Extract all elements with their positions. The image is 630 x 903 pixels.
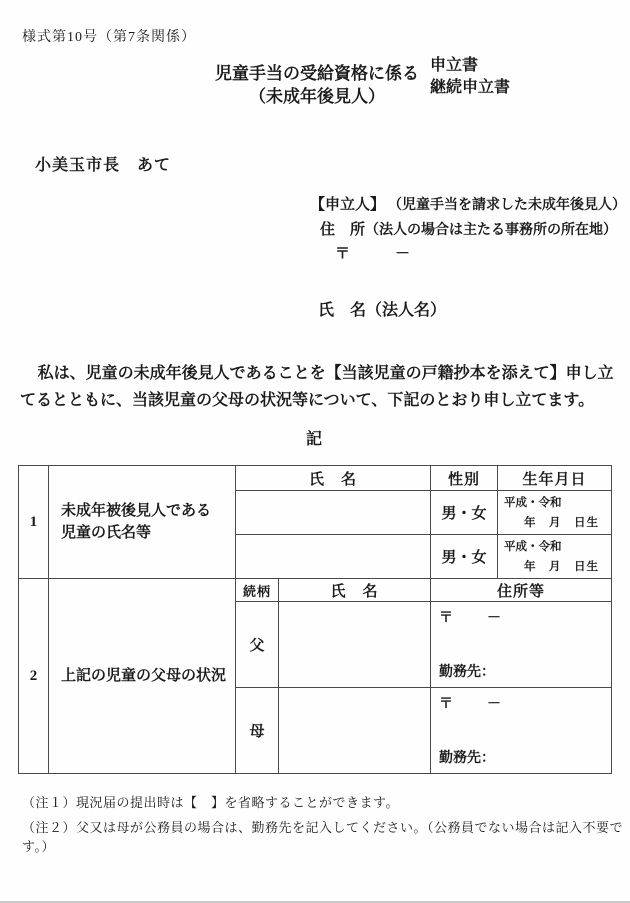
- father-address-cell: 〒 － 勤務先：: [431, 602, 612, 688]
- applicant-label: 【申立人】: [310, 197, 385, 213]
- form-number: 様式第10号（第7条関係）: [22, 26, 196, 46]
- section1-header-row: 1 未成年被後見人である 児童の氏名等 氏 名 性別 生年月日: [19, 466, 612, 491]
- section1-label: 未成年被後見人である 児童の氏名等: [49, 466, 236, 579]
- applicant-address-label: 住 所: [320, 222, 365, 238]
- addressee: 小美玉市長 あて: [35, 152, 171, 175]
- child1-sex-cell: 男・女: [431, 491, 498, 535]
- section1-number: 1: [19, 466, 49, 579]
- child1-name-cell: [236, 491, 431, 535]
- ki-heading: 記: [0, 426, 630, 449]
- birthdate-header: 生年月日: [498, 466, 612, 491]
- declaration-line2: てるとともに、当該児童の父母の状況等について、下記のとおり申し立てます。: [20, 387, 614, 414]
- child2-birthdate-cell: 平成・令和 年 月 日生: [498, 535, 612, 579]
- applicant-address-row: 住 所（法人の場合は主たる事務所の所在地）: [320, 218, 617, 239]
- section1-label-line2: 児童の氏名等: [61, 522, 235, 544]
- sex-header: 性別: [431, 466, 498, 491]
- father-workplace: 勤務先：: [439, 661, 603, 681]
- applicant-name-label: 氏 名（法人名）: [318, 297, 446, 320]
- mother-relation-cell: 母: [236, 688, 279, 774]
- mother-name-cell: [279, 688, 431, 774]
- declaration-paragraph: 私は、児童の未成年後見人であることを【当該児童の戸籍抄本を添えて】申し立 てると…: [20, 360, 614, 414]
- declaration-line1: 私は、児童の未成年後見人であることを【当該児童の戸籍抄本を添えて】申し立: [20, 360, 614, 387]
- father-postal: 〒 －: [439, 607, 603, 627]
- child1-date: 年 月 日生: [504, 514, 605, 530]
- section2-header-row: 2 上記の児童の父母の状況 続柄 氏 名 住所等: [19, 579, 612, 602]
- father-name-cell: [279, 602, 431, 688]
- form-title-line1: 児童手当の受給資格に係る: [213, 62, 421, 85]
- mother-workplace: 勤務先：: [439, 747, 603, 767]
- applicant-heading: 【申立人】（児童手当を請求した未成年後見人）: [310, 193, 626, 214]
- note-2: （注２）父又は母が公務員の場合は、勤務先を記入してください。（公務員でない場合は…: [22, 817, 630, 855]
- form-title-line2: （未成年後見人）: [213, 85, 421, 108]
- child2-era: 平成・令和: [504, 538, 605, 554]
- mother-address-cell: 〒 － 勤務先：: [431, 688, 612, 774]
- child2-name-cell: [236, 535, 431, 579]
- form-title-variant-2: 継続申立書: [430, 77, 510, 99]
- form-title-variants: 申立書 継続申立書: [430, 55, 510, 99]
- form-table: 1 未成年被後見人である 児童の氏名等 氏 名 性別 生年月日 男・女 平成・令…: [18, 465, 612, 774]
- address-header: 住所等: [431, 579, 612, 602]
- child1-birthdate-cell: 平成・令和 年 月 日生: [498, 491, 612, 535]
- child-name-header: 氏 名: [236, 466, 431, 491]
- child2-date: 年 月 日生: [504, 558, 605, 574]
- note-1: （注１）現況届の提出時は【 】を省略することができます。: [22, 792, 399, 811]
- father-relation-cell: 父: [236, 602, 279, 688]
- applicant-address-note: （法人の場合は主たる事務所の所在地）: [365, 223, 617, 238]
- relation-header: 続柄: [236, 579, 279, 602]
- section2-number: 2: [19, 579, 49, 774]
- mother-postal: 〒 －: [439, 693, 603, 713]
- form-page: 様式第10号（第7条関係） 児童手当の受給資格に係る （未成年後見人） 申立書 …: [0, 0, 630, 903]
- form-title: 児童手当の受給資格に係る （未成年後見人）: [213, 62, 421, 108]
- section2-label: 上記の児童の父母の状況: [49, 579, 236, 774]
- child1-era: 平成・令和: [504, 494, 605, 510]
- form-title-variant-1: 申立書: [430, 55, 510, 77]
- applicant-label-note: （児童手当を請求した未成年後見人）: [395, 198, 626, 213]
- section1-label-line1: 未成年被後見人である: [61, 500, 235, 522]
- applicant-postal-code: 〒 －: [335, 242, 410, 263]
- parent-name-header: 氏 名: [279, 579, 431, 602]
- child2-sex-cell: 男・女: [431, 535, 498, 579]
